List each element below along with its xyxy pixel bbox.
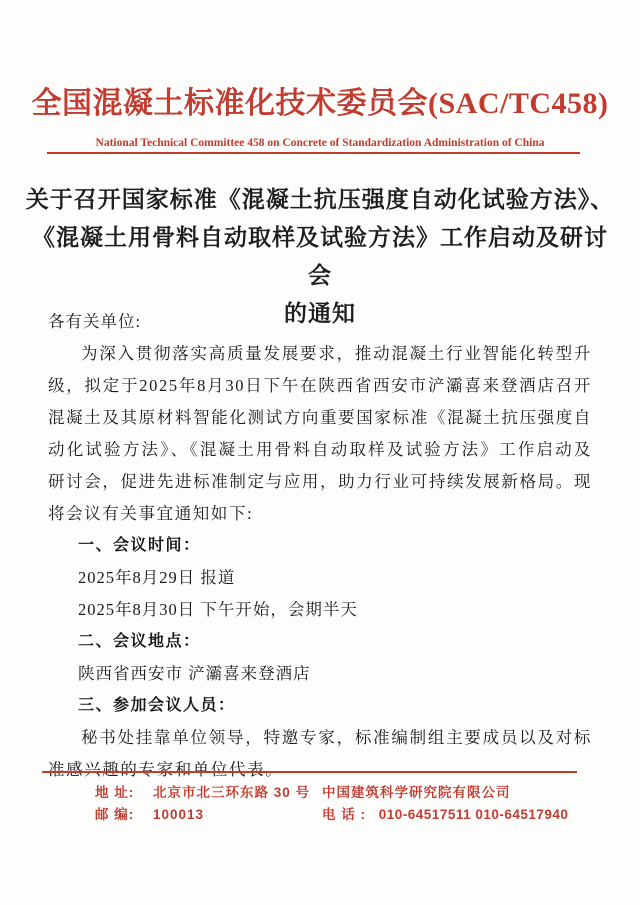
meeting-time-registration-date: 2025年8月29日 报道 [48,562,592,594]
letterhead-divider-rule [47,152,580,154]
notice-document-page: 全国混凝土标准化技术委员会(SAC/TC458) National Techni… [0,0,640,905]
intro-paragraph: 为深入贯彻落实高质量发展要求，推动混凝土行业智能化转型升级，拟定于2025年8月… [48,338,592,530]
section-heading-meeting-time: 一、会议时间： [48,530,592,562]
footer-divider-rule [42,771,577,773]
org-name-chinese: 全国混凝土标准化技术委员会(SAC/TC458) [0,86,640,122]
document-title-line-2: 《混凝土用骨料自动取样及试验方法》工作启动及研讨会 [24,219,616,295]
section-heading-participants: 三、参加会议人员： [48,690,592,722]
document-title-line-1: 关于召开国家标准《混凝土抗压强度自动化试验方法》、 [24,181,616,219]
address-value: 北京市北三环东路 30 号 [153,782,322,804]
notice-body: 各有关单位: 为深入贯彻落实高质量发展要求，推动混凝土行业智能化转型升级，拟定于… [48,306,592,786]
phone-row: 电 话 : 010-64517511 010-64517940 [322,804,610,826]
phone-label: 电 话 : [322,807,366,822]
footer-grid: 地 址: 北京市北三环东路 30 号 中国建筑科学研究院有限公司 邮 编: 10… [95,782,610,826]
footer-contact-block: 地 址: 北京市北三环东路 30 号 中国建筑科学研究院有限公司 邮 编: 10… [95,782,610,826]
section-heading-meeting-location: 二、会议地点： [48,626,592,658]
address-label: 地 址: [95,782,153,804]
meeting-time-session-date: 2025年8月30日 下午开始，会期半天 [48,594,592,626]
company-name: 中国建筑科学研究院有限公司 [322,782,610,804]
salutation: 各有关单位: [48,306,592,338]
participants-paragraph: 秘书处挂靠单位领导，特邀专家，标准编制组主要成员以及对标准感兴趣的专家和单位代表… [48,722,592,786]
phone-numbers: 010-64517511 010-64517940 [379,807,569,822]
meeting-location: 陕西省西安市 浐灞喜来登酒店 [48,658,592,690]
org-name-english: National Technical Committee 458 on Conc… [0,136,640,150]
postcode-value: 100013 [153,804,322,826]
postcode-label: 邮 编: [95,804,153,826]
